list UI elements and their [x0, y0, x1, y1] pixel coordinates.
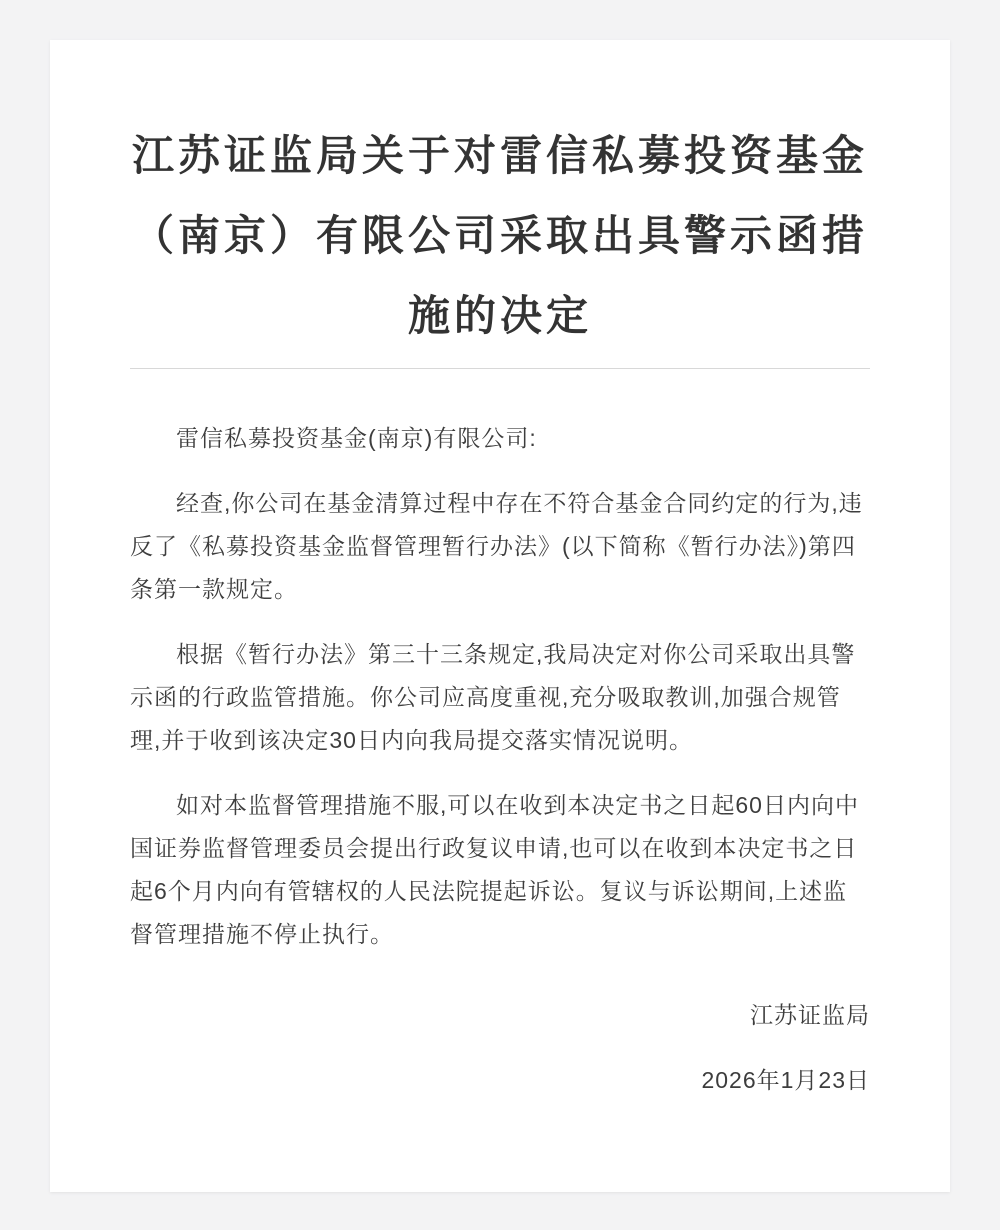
title-line-3: 施的决定 [130, 276, 870, 356]
title-line-1: 江苏证监局关于对雷信私募投资基金 [130, 116, 870, 196]
document-title: 江苏证监局关于对雷信私募投资基金 （南京）有限公司采取出具警示函措 施的决定 [130, 116, 870, 356]
paragraph-decision: 根据《暂行办法》第三十三条规定,我局决定对你公司采取出具警示函的行政监管措施。你… [130, 633, 870, 762]
document-body: 雷信私募投资基金(南京)有限公司: 经查,你公司在基金清算过程中存在不符合基金合… [130, 417, 870, 1102]
document-card: 江苏证监局关于对雷信私募投资基金 （南京）有限公司采取出具警示函措 施的决定 雷… [50, 40, 950, 1192]
paragraph-findings: 经查,你公司在基金清算过程中存在不符合基金合同约定的行为,违反了《私募投资基金监… [130, 482, 870, 611]
title-line-2: （南京）有限公司采取出具警示函措 [130, 196, 870, 276]
issuer-signature: 江苏证监局 [130, 994, 870, 1037]
title-divider [130, 368, 870, 369]
page-background: 江苏证监局关于对雷信私募投资基金 （南京）有限公司采取出具警示函措 施的决定 雷… [0, 0, 1000, 1230]
paragraph-appeal-rights: 如对本监督管理措施不服,可以在收到本决定书之日起60日内向中国证券监督管理委员会… [130, 784, 870, 956]
issue-date: 2026年1月23日 [130, 1059, 870, 1102]
salutation: 雷信私募投资基金(南京)有限公司: [130, 417, 870, 460]
